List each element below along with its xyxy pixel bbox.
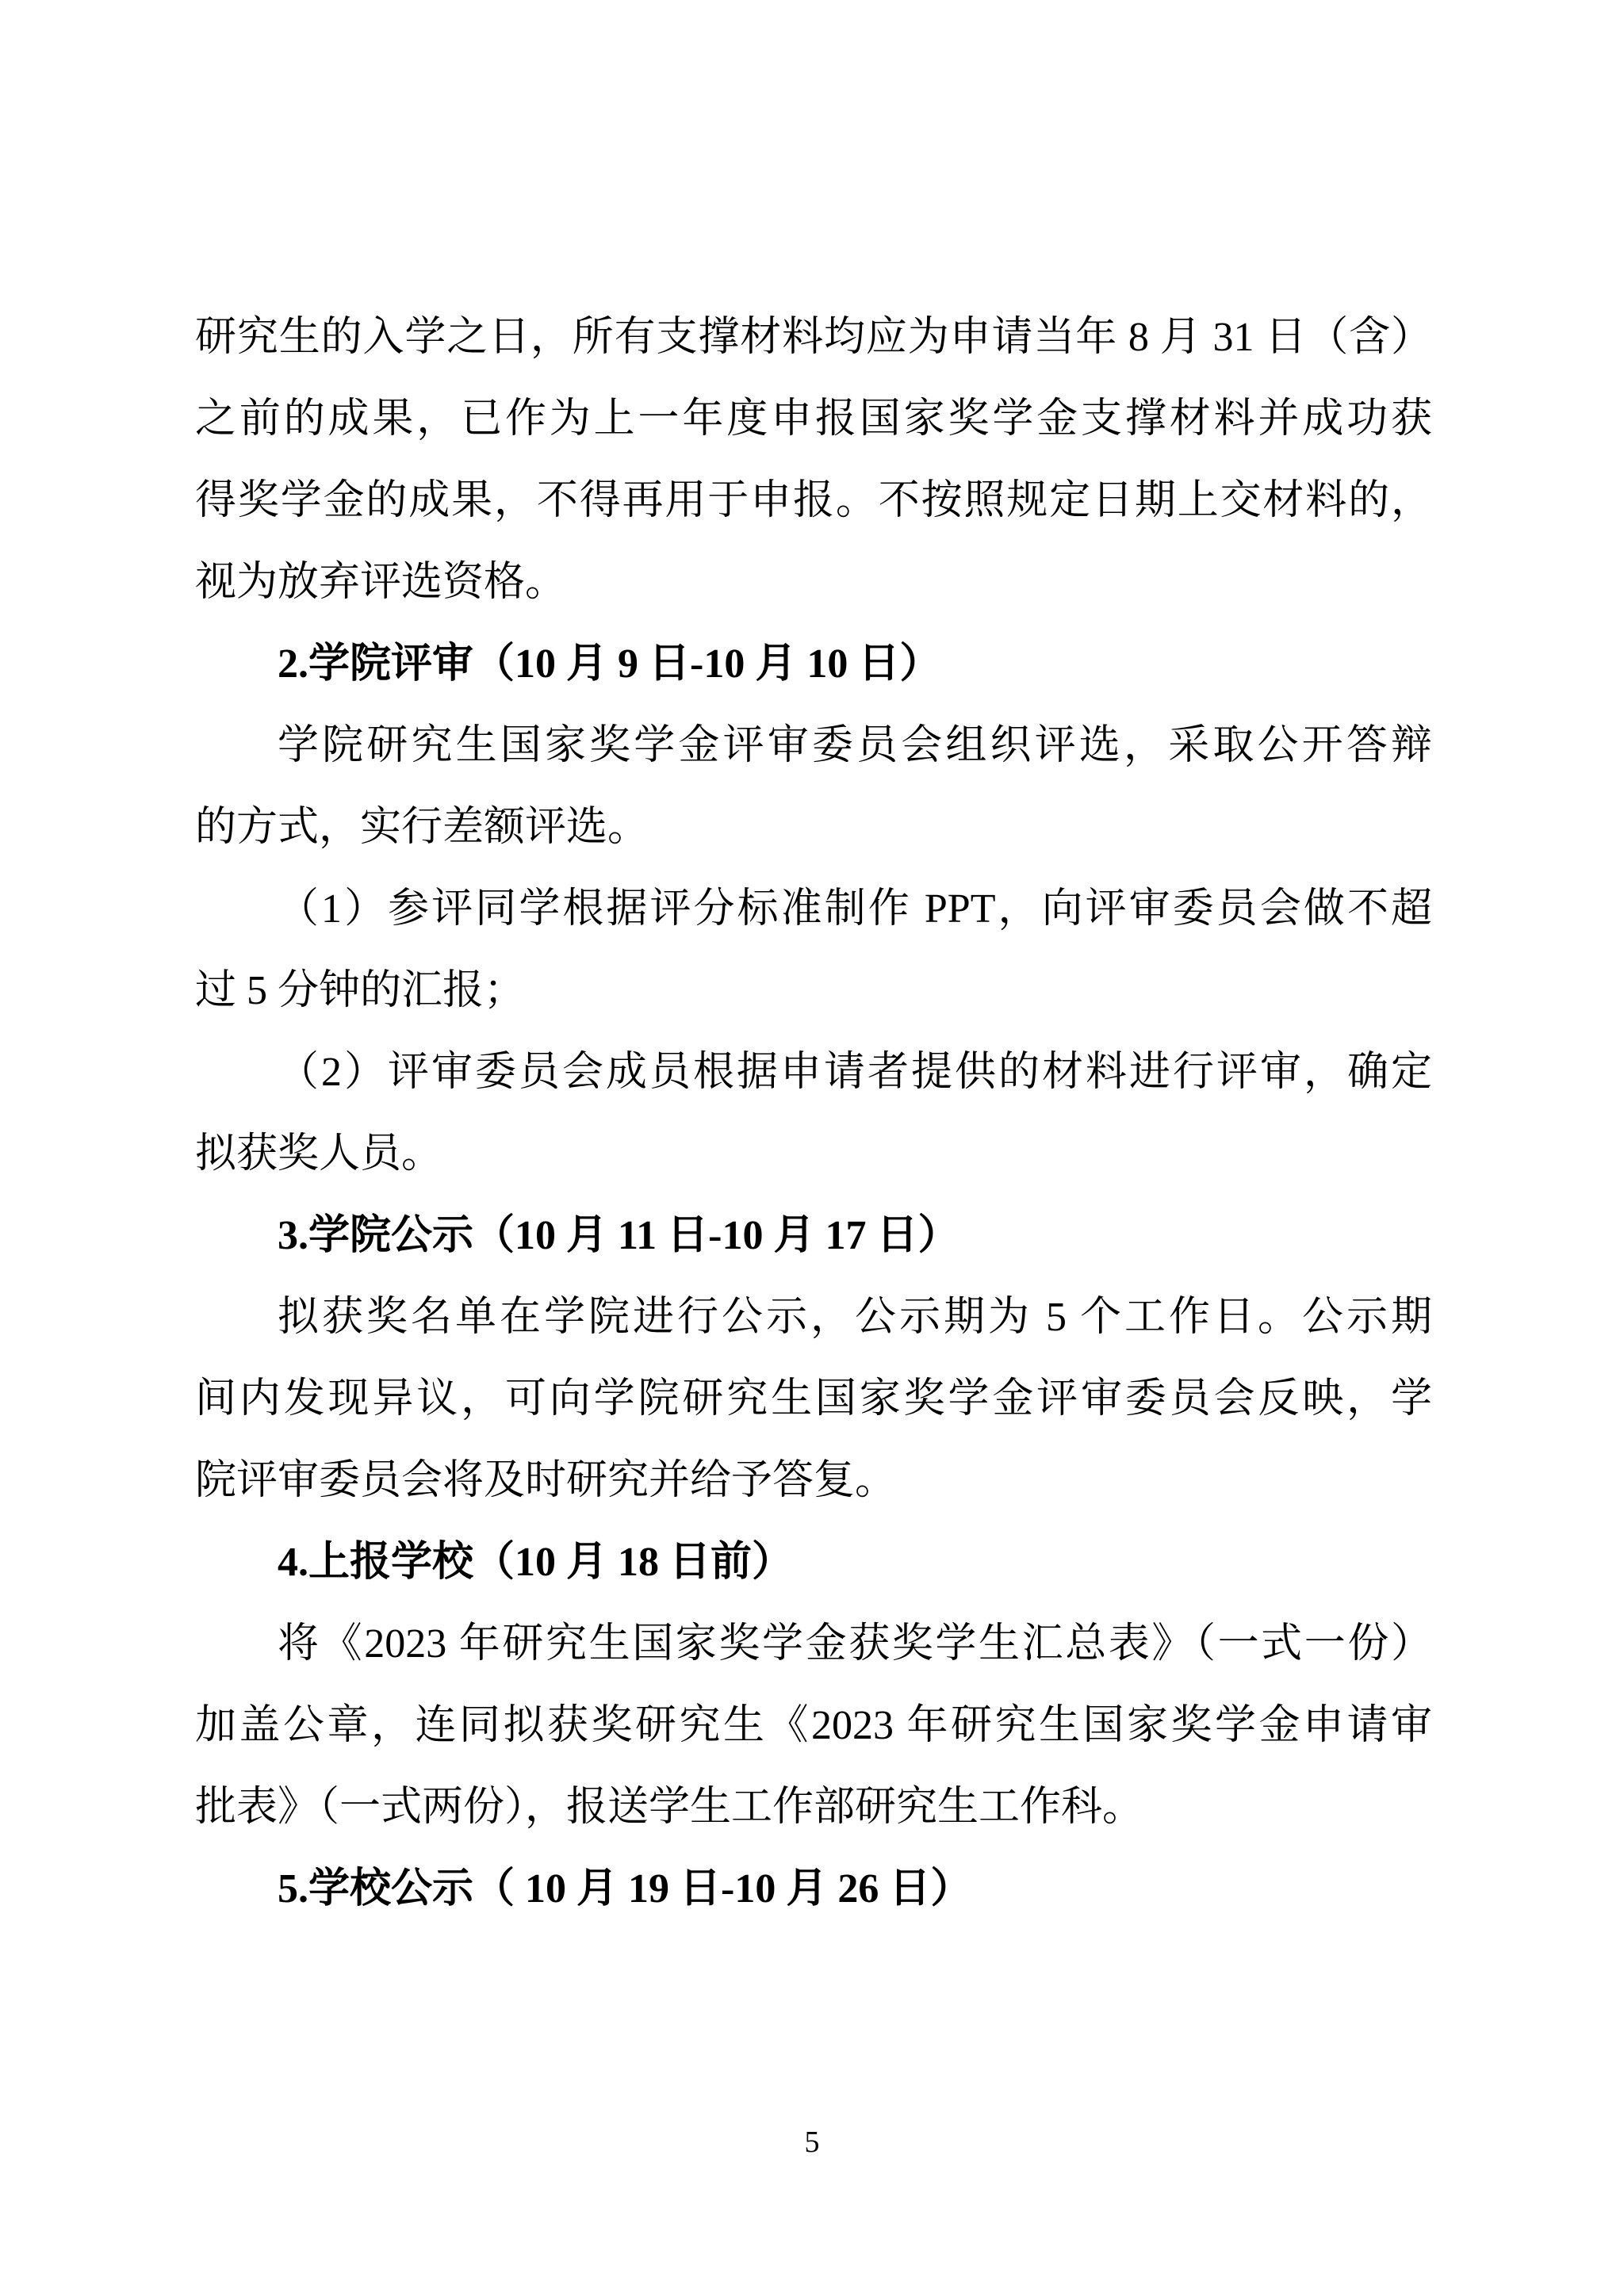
paragraph-line: 将《2023 年研究生国家奖学金获奖学生汇总表》（一式一份） (195, 1603, 1432, 1685)
section-heading: 2.学院评审（10 月 9 日-10 月 10 日） (195, 623, 1432, 705)
document-page: 研究生的入学之日，所有支撑材料均应为申请当年 8 月 31 日（含）之前的成果，… (0, 0, 1624, 2296)
paragraph-line: 批表》（一式两份），报送学生工作部研究生工作科。 (195, 1766, 1432, 1848)
page-number: 5 (805, 2126, 820, 2159)
paragraph-line: （2）评审委员会成员根据申请者提供的材料进行评审，确定 (195, 1031, 1432, 1113)
paragraph-line: 拟获奖名单在学院进行公示，公示期为 5 个工作日。公示期 (195, 1276, 1432, 1358)
page-footer: 5 (0, 2118, 1624, 2166)
paragraph-line: 得奖学金的成果，不得再用于申报。不按照规定日期上交材料的， (195, 460, 1432, 541)
page-content: 研究生的入学之日，所有支撑材料均应为申请当年 8 月 31 日（含）之前的成果，… (195, 297, 1432, 1930)
paragraph-line: 学院研究生国家奖学金评审委员会组织评选，采取公开答辩 (195, 705, 1432, 786)
paragraph-line: 视为放弃评选资格。 (195, 541, 1432, 623)
paragraph-line: 研究生的入学之日，所有支撑材料均应为申请当年 8 月 31 日（含） (195, 297, 1432, 378)
paragraph-line: 院评审委员会将及时研究并给予答复。 (195, 1440, 1432, 1521)
section-heading: 3.学院公示（10 月 11 日-10 月 17 日） (195, 1195, 1432, 1276)
paragraph-line: 间内发现异议，可向学院研究生国家奖学金评审委员会反映，学 (195, 1358, 1432, 1440)
section-heading: 5.学校公示（ 10 月 19 日-10 月 26 日） (195, 1848, 1432, 1930)
paragraph-line: 加盖公章，连同拟获奖研究生《2023 年研究生国家奖学金申请审 (195, 1685, 1432, 1766)
section-heading: 4.上报学校（10 月 18 日前） (195, 1521, 1432, 1603)
paragraph-line: 之前的成果，已作为上一年度申报国家奖学金支撑材料并成功获 (195, 378, 1432, 460)
paragraph-line: 过 5 分钟的汇报； (195, 950, 1432, 1031)
paragraph-line: 的方式，实行差额评选。 (195, 786, 1432, 868)
paragraph-line: （1）参评同学根据评分标准制作 PPT，向评审委员会做不超 (195, 868, 1432, 950)
paragraph-line: 拟获奖人员。 (195, 1113, 1432, 1195)
